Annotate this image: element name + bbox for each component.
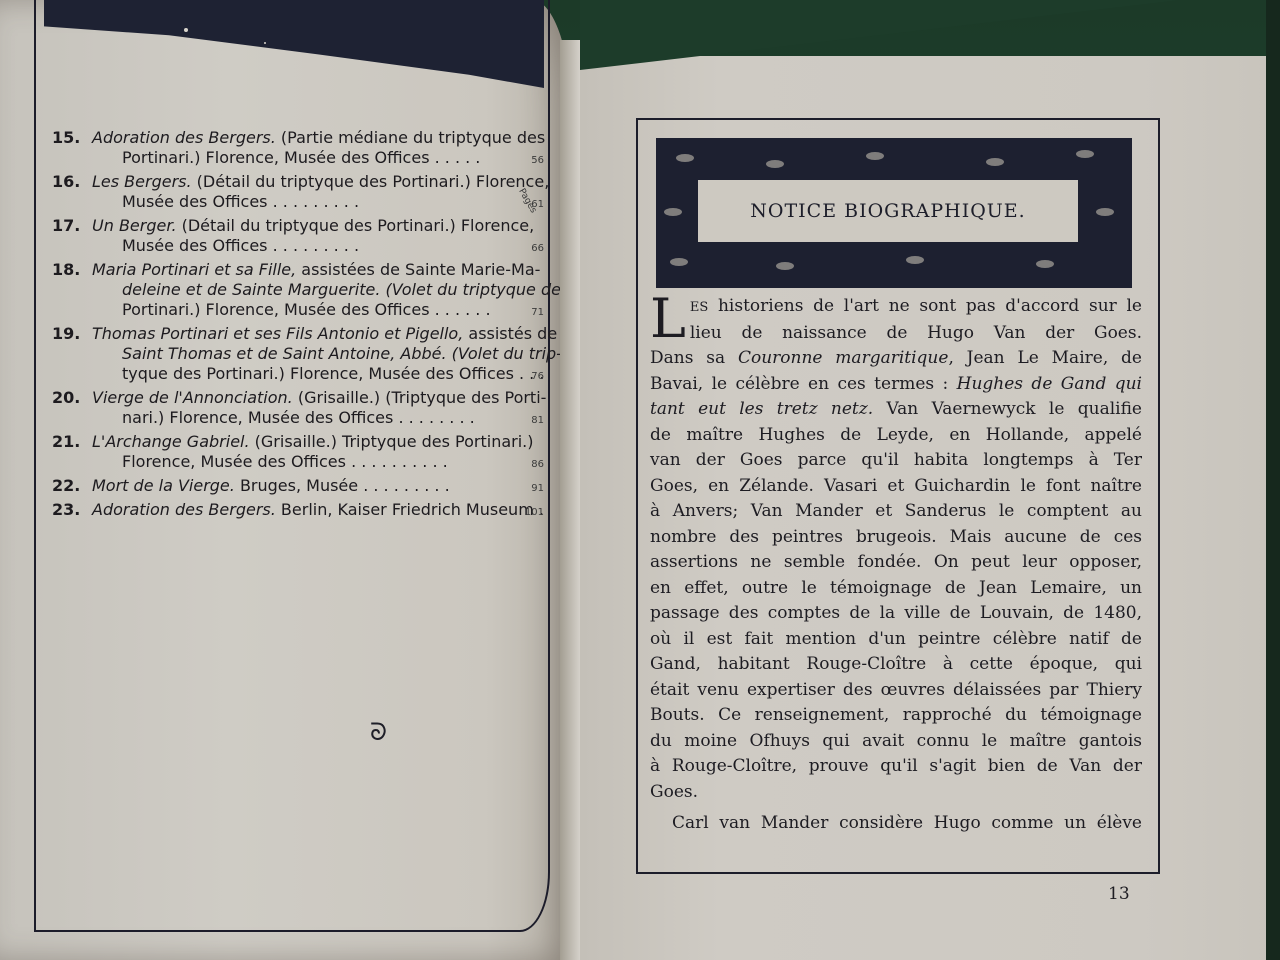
page-ref: 76 xyxy=(531,371,544,382)
toc-entry-16: 16.Les Bergers. (Détail du triptyque des… xyxy=(52,172,532,212)
page-ref: 56 xyxy=(531,155,544,166)
leaf-ornament-icon xyxy=(1096,208,1114,216)
leaf-ornament-icon xyxy=(1036,260,1054,268)
page-ref: 61 xyxy=(531,199,544,210)
left-page: ☽☽ ☽☽ ☽ Pages 15.Adoration des Bergers. … xyxy=(0,0,572,960)
leaf-ornament-icon xyxy=(986,158,1004,166)
section-heading: NOTICE BIOGRAPHIQUE. xyxy=(750,200,1025,222)
toc-entry-15: 15.Adoration des Bergers. (Partie médian… xyxy=(52,128,532,168)
leaf-ornament-icon xyxy=(776,262,794,270)
star-icon xyxy=(264,42,266,44)
toc-entry-17: 17.Un Berger. (Détail du triptyque des P… xyxy=(52,216,532,256)
biography-text: L ES historiens de l'art ne sont pas d'a… xyxy=(650,294,1142,837)
leaf-ornament-icon xyxy=(664,208,682,216)
background-edge xyxy=(1266,0,1280,960)
decorative-title-frame: NOTICE BIOGRAPHIQUE. xyxy=(656,138,1132,288)
toc-entry-18: 18.Maria Portinari et sa Fille, assistée… xyxy=(52,260,532,320)
star-icon xyxy=(184,28,188,32)
toc-entry-21: 21.L'Archange Gabriel. (Grisaille.) Trip… xyxy=(52,432,532,472)
page-ref: 71 xyxy=(531,307,544,318)
leaf-ornament-icon xyxy=(906,256,924,264)
leaf-ornament-icon xyxy=(670,258,688,266)
page-ref: 101 xyxy=(525,507,544,518)
fleuron-ornament-icon: ᘐ xyxy=(370,718,387,746)
toc-entry-19: 19.Thomas Portinari et ses Fils Antonio … xyxy=(52,324,532,384)
leaf-ornament-icon xyxy=(676,154,694,162)
leaf-ornament-icon xyxy=(866,152,884,160)
leaf-ornament-icon xyxy=(766,160,784,168)
page-ref: 91 xyxy=(531,483,544,494)
page-ref: 66 xyxy=(531,243,544,254)
table-of-plates: 15.Adoration des Bergers. (Partie médian… xyxy=(52,128,532,524)
page-number: 13 xyxy=(1108,884,1130,904)
toc-entry-23: 23.Adoration des Bergers. Berlin, Kaiser… xyxy=(52,500,532,520)
page-ref: 86 xyxy=(531,459,544,470)
toc-entry-22: 22.Mort de la Vierge. Bruges, Musée . . … xyxy=(52,476,532,496)
page-ref: 81 xyxy=(531,415,544,426)
drop-cap: L xyxy=(650,296,686,342)
toc-entry-20: 20.Vierge de l'Annonciation. (Grisaille.… xyxy=(52,388,532,428)
title-panel: NOTICE BIOGRAPHIQUE. xyxy=(698,180,1078,242)
leaf-ornament-icon xyxy=(1076,150,1094,158)
next-paragraph: Carl van Mander considère Hugo comme un … xyxy=(650,811,1142,837)
